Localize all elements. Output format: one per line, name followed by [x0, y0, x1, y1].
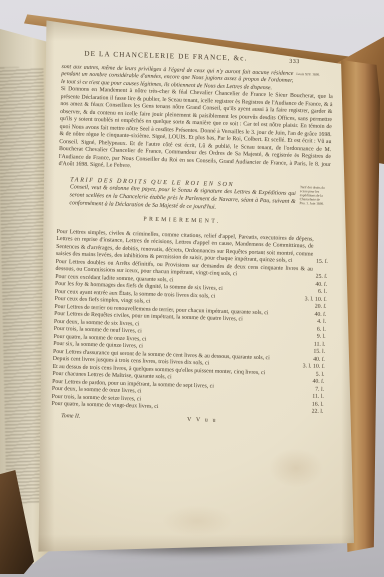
tariff-entry-price: 40. ſ.: [315, 281, 327, 289]
tariff-entry-price: 15. ſ.: [316, 259, 328, 267]
tariff-entry-price: 40. ſ.: [312, 379, 324, 387]
margin-note-tarif: Tarif des droits du sceau pour les expéd…: [300, 185, 326, 206]
subheading-premierement: PREMIEREMENT.: [69, 215, 295, 229]
tariff-entry-price: 40. ſ.: [314, 311, 326, 319]
printed-text-block: DE LA CHANCELERIE DE FRANCE, &c. 333 son…: [51, 50, 334, 431]
tarif-heading: TARIF DES DROITS QUE LE ROI EN SON Conse…: [69, 176, 296, 214]
signature-mark: V V u u: [187, 417, 217, 425]
paragraph-italic-text: sont aux autres, même de leurs privilège…: [61, 63, 294, 90]
tome-label: Tome II.: [61, 413, 80, 421]
book-photo: DE LA CHANCELERIE DE FRANCE, &c. 333 son…: [0, 0, 384, 577]
margin-note-louis-xiv: Louis XIV. 1698.: [296, 71, 321, 76]
page-stain: [150, 500, 245, 542]
tariff-list: Pour Lettres simples, civiles & criminel…: [51, 229, 328, 417]
page-stain: [260, 442, 332, 494]
paragraph-mandement: Si Donnons en Mandement à nôtre très-che…: [58, 86, 332, 177]
tariff-entry-price: 22. l.: [311, 409, 323, 417]
page-number: 333: [289, 59, 300, 67]
